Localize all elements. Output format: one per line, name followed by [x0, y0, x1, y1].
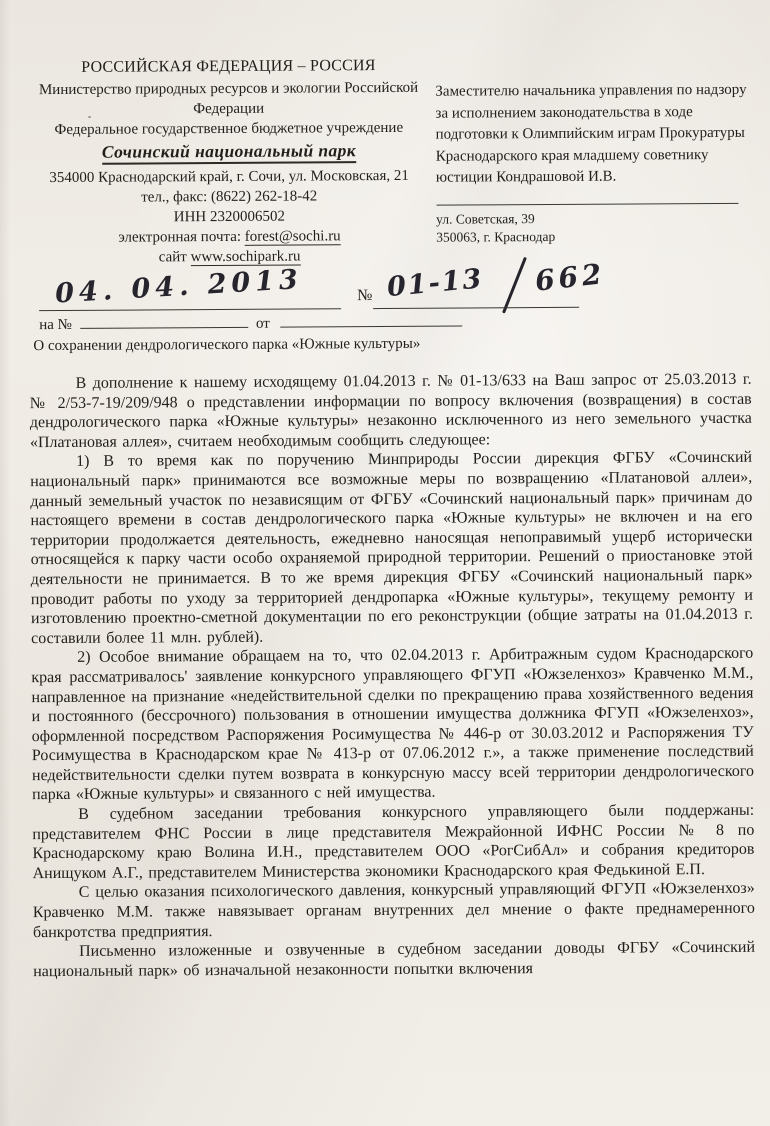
handwritten-slash	[502, 257, 527, 314]
sender-block: РОССИЙСКАЯ ФЕДЕРАЦИЯ – РОССИЯ Министерст…	[36, 56, 423, 268]
paragraph-4: В судебном заседании требования конкурсн…	[32, 801, 754, 884]
letterhead: РОССИЙСКАЯ ФЕДЕРАЦИЯ – РОССИЯ Министерст…	[0, 0, 769, 268]
recipient-block: Заместителю начальника управления по над…	[435, 54, 755, 266]
recipient-addressee: Заместителю начальника управления по над…	[435, 80, 754, 189]
reply-date-blank	[280, 313, 462, 328]
date-underline	[39, 308, 341, 311]
recipient-divider-line	[436, 202, 738, 205]
sender-email-line: электронная почта: forest@sochi.ru	[37, 226, 423, 248]
sender-org-line: Сочинский национальный парк	[36, 140, 422, 165]
site-label: сайт	[159, 249, 191, 265]
reply-label: на №	[39, 317, 72, 333]
reply-number-blank	[80, 314, 248, 329]
sender-site-line: сайт www.sochipark.ru	[37, 246, 423, 268]
paragraph-6: Письменно изложенные и озвученные в суде…	[33, 938, 755, 982]
sender-inn: ИНН 2320006502	[37, 206, 423, 228]
number-label: №	[357, 287, 372, 305]
letter-content: РОССИЙСКАЯ ФЕДЕРАЦИЯ – РОССИЯ Министерст…	[0, 0, 770, 1126]
recipient-city: 350063, г. Краснодар	[436, 226, 755, 246]
site-address: www.sochipark.ru	[191, 249, 301, 267]
handwritten-number-part1: 01-13	[386, 263, 485, 303]
sender-ministry: Министерство природных ресурсов и эколог…	[36, 78, 422, 120]
sender-address: 354000 Краснодарский край, г. Сочи, ул. …	[36, 166, 422, 188]
paragraph-2: 1) В то время как по поручению Минприрод…	[30, 448, 753, 648]
subject-line: О сохранении дендрологического парка «Юж…	[33, 336, 420, 355]
letter-body: В дополнение к нашему исходящему 01.04.2…	[30, 370, 756, 982]
reference-block: 04. 04. 2013 № 01-13 662 на №от О сохран…	[39, 268, 770, 362]
sender-institution: Федеральное государственное бюджетное уч…	[36, 118, 422, 140]
paragraph-5: С целью оказания психологического давлен…	[33, 879, 755, 942]
from-label: от	[256, 316, 270, 332]
handwritten-date: 04. 04. 2013	[54, 264, 303, 309]
email-label: электронная почта:	[118, 229, 245, 246]
email-address: forest@sochi.ru	[245, 228, 341, 246]
sender-phone: тел., факс: (8622) 262-18-42	[36, 186, 422, 208]
paragraph-3: 2) Особое внимание обращаем на то, что 0…	[31, 644, 754, 805]
scanned-letter-page: РОССИЙСКАЯ ФЕДЕРАЦИЯ – РОССИЯ Министерст…	[0, 0, 770, 1126]
handwritten-number-part2: 662	[533, 257, 607, 298]
paragraph-1: В дополнение к нашему исходящему 01.04.2…	[30, 370, 752, 453]
reply-reference-row: на №от	[39, 313, 462, 335]
org-name: Сочинский национальный парк	[102, 140, 356, 165]
number-underline	[373, 307, 579, 309]
recipient-street: ул. Советская, 39	[436, 208, 755, 228]
sender-country-line: РОССИЙСКАЯ ФЕДЕРАЦИЯ – РОССИЯ	[36, 56, 422, 78]
